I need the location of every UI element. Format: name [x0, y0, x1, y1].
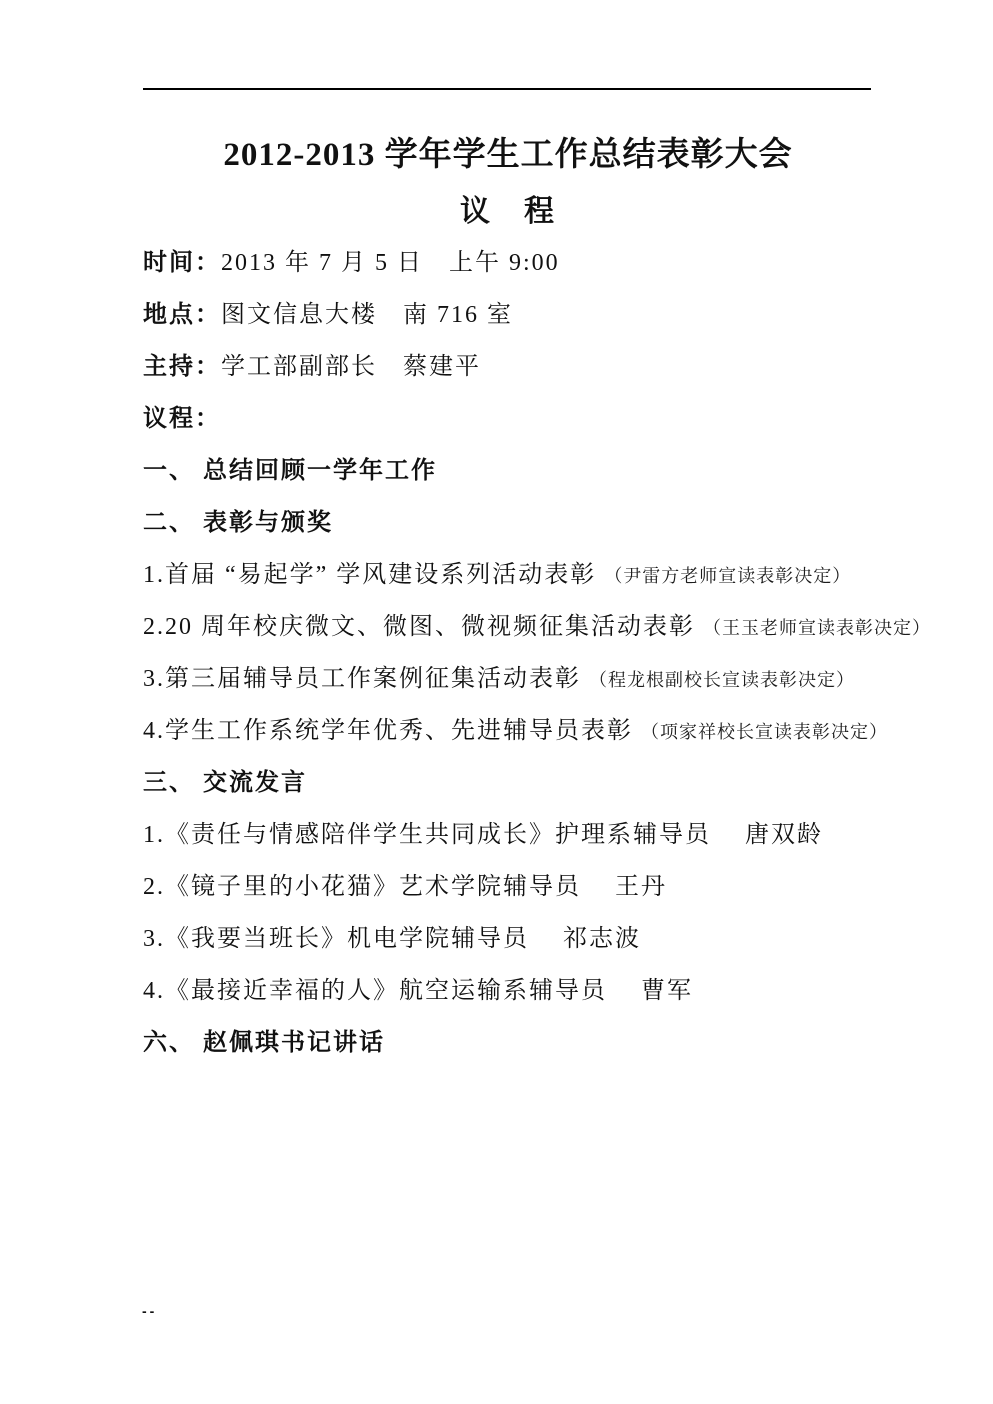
agenda-section-1: 一、 总结回顾一学年工作	[143, 455, 873, 487]
meta-host-value: 学工部副部长 蔡建平	[221, 354, 481, 380]
meta-time: 时间：2013 年 7 月 5 日 上午 9:00	[143, 247, 873, 279]
award-item-2-text: 2.20 周年校庆微文、微图、微视频征集活动表彰	[143, 614, 703, 640]
agenda-section-6: 六、 赵佩琪书记讲话	[143, 1027, 873, 1059]
award-item-4-note: （项家祥校长宣读表彰决定）	[641, 722, 888, 742]
document-page: 2012-2013 学年学生工作总结表彰大会 议 程 时间：2013 年 7 月…	[0, 0, 993, 1404]
speech-item-3: 3.《我要当班长》机电学院辅导员 祁志波	[143, 923, 873, 955]
meta-location-value: 图文信息大楼 南 716 室	[221, 302, 513, 328]
meta-time-label: 时间：	[143, 250, 221, 276]
meta-host: 主持：学工部副部长 蔡建平	[143, 351, 873, 383]
agenda-label: 议程：	[143, 403, 873, 435]
header-rule	[143, 88, 871, 90]
meta-location-label: 地点：	[143, 302, 221, 328]
meta-host-label: 主持：	[143, 354, 221, 380]
footer-mark: --	[142, 1303, 157, 1319]
meta-location: 地点：图文信息大楼 南 716 室	[143, 299, 873, 331]
meta-time-value: 2013 年 7 月 5 日 上午 9:00	[221, 250, 560, 276]
speech-item-1: 1.《责任与情感陪伴学生共同成长》护理系辅导员 唐双龄	[143, 819, 873, 851]
award-item-3-note: （程龙根副校长宣读表彰决定）	[589, 670, 855, 690]
award-item-1-note: （尹雷方老师宣读表彰决定）	[604, 566, 851, 586]
award-item-1-text: 1.首届 “易起学” 学风建设系列活动表彰	[143, 562, 604, 588]
award-item-2: 2.20 周年校庆微文、微图、微视频征集活动表彰 （王玉老师宣读表彰决定）	[143, 611, 873, 643]
agenda-section-2: 二、 表彰与颁奖	[143, 507, 873, 539]
award-item-3: 3.第三届辅导员工作案例征集活动表彰 （程龙根副校长宣读表彰决定）	[143, 663, 873, 695]
award-item-4: 4.学生工作系统学年优秀、先进辅导员表彰 （项家祥校长宣读表彰决定）	[143, 715, 873, 747]
award-item-1: 1.首届 “易起学” 学风建设系列活动表彰 （尹雷方老师宣读表彰决定）	[143, 559, 873, 591]
speech-item-2: 2.《镜子里的小花猫》艺术学院辅导员 王丹	[143, 871, 873, 903]
document-title: 2012-2013 学年学生工作总结表彰大会	[143, 133, 873, 177]
award-item-3-text: 3.第三届辅导员工作案例征集活动表彰	[143, 666, 589, 692]
document-subtitle: 议 程	[143, 193, 873, 231]
award-item-2-note: （王玉老师宣读表彰决定）	[703, 618, 931, 638]
agenda-label-text: 议程：	[143, 406, 221, 432]
award-item-4-text: 4.学生工作系统学年优秀、先进辅导员表彰	[143, 718, 641, 744]
agenda-section-3: 三、 交流发言	[143, 767, 873, 799]
speech-item-4: 4.《最接近幸福的人》航空运输系辅导员 曹军	[143, 975, 873, 1007]
